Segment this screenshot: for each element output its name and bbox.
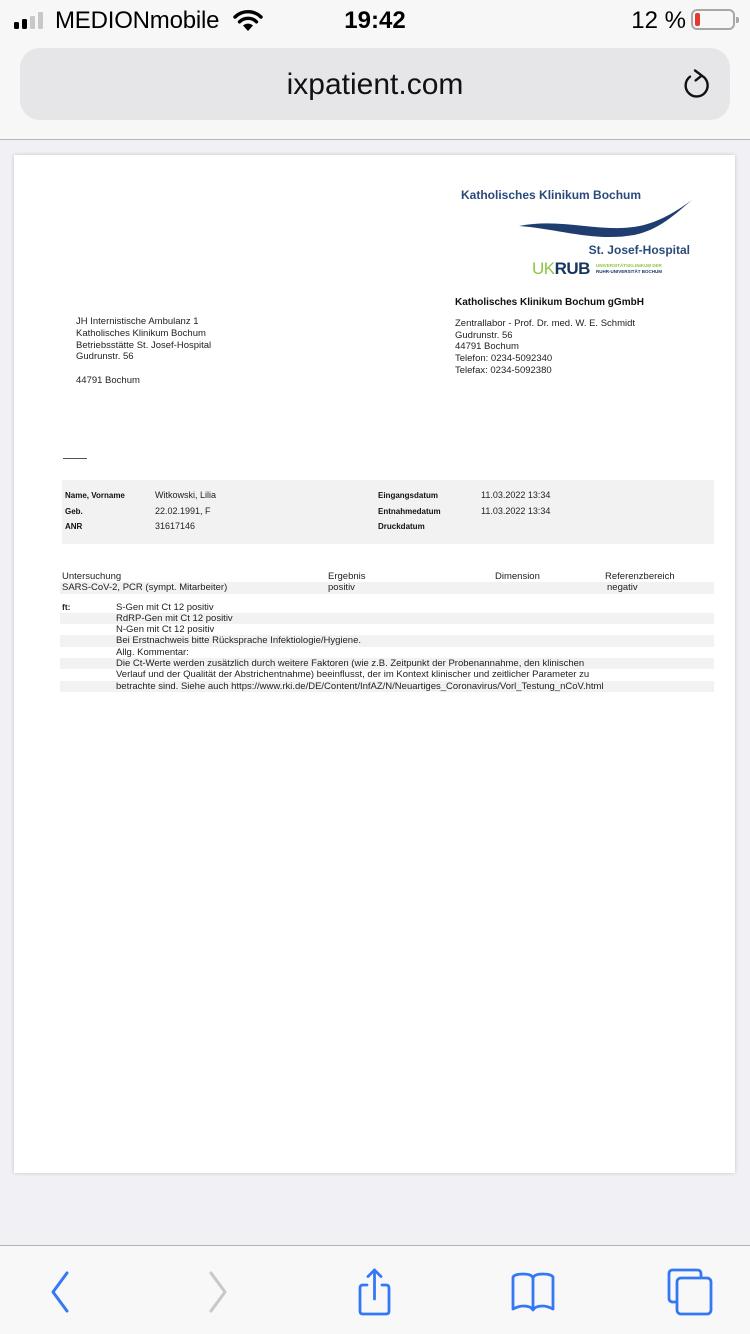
- sender-city: 44791 Bochum: [76, 375, 211, 387]
- address-bar[interactable]: ixpatient.com: [20, 48, 730, 120]
- note-text: S-Gen mit Ct 12 positiv: [116, 602, 214, 613]
- note-row: Allg. Kommentar:: [60, 647, 714, 658]
- lab-address: Katholisches Klinikum Bochum gGmbH Zentr…: [455, 297, 644, 377]
- result-notes: ft: S-Gen mit Ct 12 positiv RdRP-Gen mit…: [60, 602, 714, 692]
- sender-line: Betriebsstätte St. Josef-Hospital: [76, 340, 211, 352]
- forward-button[interactable]: [189, 1264, 245, 1320]
- sender-line: Gudrunstr. 56: [76, 351, 211, 363]
- ukrub-logo: UKRUB UNIVERSITÄTSKLINIKUM DER RUHR-UNIV…: [532, 259, 662, 279]
- browser-header: ixpatient.com: [0, 40, 750, 140]
- notes-label: ft:: [62, 602, 71, 613]
- patient-anr: 31617146: [155, 521, 195, 531]
- reload-icon[interactable]: [680, 68, 714, 102]
- table-row: SARS-CoV-2, PCR (sympt. Mitarbeiter) pos…: [60, 582, 714, 593]
- book-icon: [509, 1271, 557, 1313]
- header-result: Ergebnis: [328, 571, 366, 582]
- logo-title: Katholisches Klinikum Bochum: [461, 188, 641, 202]
- note-text: Die Ct-Werte werden zusätzlich durch wei…: [116, 658, 584, 669]
- hospital-logo: Katholisches Klinikum Bochum St. Josef-H…: [444, 185, 694, 285]
- header-test: Untersuchung: [62, 571, 121, 582]
- note-row: betrachte sind. Siehe auch https://www.r…: [60, 681, 714, 692]
- tabs-icon: [665, 1268, 715, 1316]
- ukrub-text: UNIVERSITÄTSKLINIKUM DER RUHR-UNIVERSITÄ…: [596, 263, 662, 275]
- browser-toolbar: [0, 1245, 750, 1334]
- lab-line: 44791 Bochum: [455, 341, 644, 353]
- divider: [63, 458, 87, 459]
- header-reference: Referenzbereich: [605, 571, 675, 582]
- note-text: N-Gen mit Ct 12 positiv: [116, 624, 214, 635]
- note-row: Bei Erstnachweis bitte Rücksprache Infek…: [60, 635, 714, 646]
- battery-percent: 12 %: [631, 7, 686, 35]
- url-text[interactable]: ixpatient.com: [20, 68, 730, 102]
- received-label: Eingangsdatum: [378, 491, 438, 500]
- battery-level: [695, 13, 700, 26]
- test-reference: negativ: [607, 582, 638, 593]
- printed-label: Druckdatum: [378, 522, 425, 531]
- battery-icon: [691, 9, 735, 30]
- lab-line: Zentrallabor - Prof. Dr. med. W. E. Schm…: [455, 318, 644, 330]
- battery-cap: [736, 17, 739, 23]
- share-button[interactable]: [347, 1264, 403, 1320]
- note-row: RdRP-Gen mit Ct 12 positiv: [60, 613, 714, 624]
- bookmarks-button[interactable]: [505, 1264, 561, 1320]
- sender-line: Katholisches Klinikum Bochum: [76, 328, 211, 340]
- back-button[interactable]: [33, 1264, 89, 1320]
- note-text: Bei Erstnachweis bitte Rücksprache Infek…: [116, 635, 361, 646]
- note-text: RdRP-Gen mit Ct 12 positiv: [116, 613, 233, 624]
- lab-fax: Telefax: 0234-5092380: [455, 365, 644, 377]
- note-row: Verlauf und der Qualität der Abstrichent…: [60, 669, 714, 680]
- header-dimension: Dimension: [495, 571, 540, 582]
- name-label: Name, Vorname: [65, 491, 125, 500]
- note-row: Die Ct-Werte werden zusätzlich durch wei…: [60, 658, 714, 669]
- share-icon: [353, 1267, 397, 1317]
- note-text: Allg. Kommentar:: [116, 647, 189, 658]
- note-row: ft: S-Gen mit Ct 12 positiv: [60, 602, 714, 613]
- received-date: 11.03.2022 13:34: [481, 490, 550, 500]
- pdf-page: Katholisches Klinikum Bochum St. Josef-H…: [14, 155, 735, 1173]
- logo-hospital: St. Josef-Hospital: [589, 243, 690, 257]
- lab-line: Gudrunstr. 56: [455, 330, 644, 342]
- tabs-button[interactable]: [662, 1264, 718, 1320]
- test-result: positiv: [328, 582, 355, 593]
- sender-line: JH Internistische Ambulanz 1: [76, 316, 211, 328]
- collected-date: 11.03.2022 13:34: [481, 506, 550, 516]
- note-row: N-Gen mit Ct 12 positiv: [60, 624, 714, 635]
- lab-title: Katholisches Klinikum Bochum gGmbH: [455, 297, 644, 309]
- patient-info: Name, Vorname Witkowski, Lilia Geb. 22.0…: [62, 480, 714, 544]
- ukrub-mark: UKRUB: [532, 259, 590, 279]
- chevron-left-icon: [46, 1270, 76, 1314]
- chevron-right-icon: [202, 1270, 232, 1314]
- lab-report: Katholisches Klinikum Bochum St. Josef-H…: [14, 155, 735, 1173]
- test-name: SARS-CoV-2, PCR (sympt. Mitarbeiter): [62, 582, 227, 593]
- patient-name: Witkowski, Lilia: [155, 490, 216, 500]
- results-header: Untersuchung Ergebnis Dimension Referenz…: [60, 571, 714, 582]
- lab-phone: Telefon: 0234-5092340: [455, 353, 644, 365]
- dob-label: Geb.: [65, 507, 83, 516]
- collected-label: Entnahmedatum: [378, 507, 441, 516]
- anr-label: ANR: [65, 522, 82, 531]
- note-text: Verlauf und der Qualität der Abstrichent…: [116, 669, 589, 680]
- note-text[interactable]: betrachte sind. Siehe auch https://www.r…: [116, 681, 604, 692]
- status-bar: MEDIONmobile 19:42 12 %: [0, 0, 750, 40]
- sender-address: JH Internistische Ambulanz 1 Katholische…: [76, 316, 211, 387]
- results-table: Untersuchung Ergebnis Dimension Referenz…: [60, 571, 714, 692]
- patient-dob: 22.02.1991, F: [155, 506, 211, 516]
